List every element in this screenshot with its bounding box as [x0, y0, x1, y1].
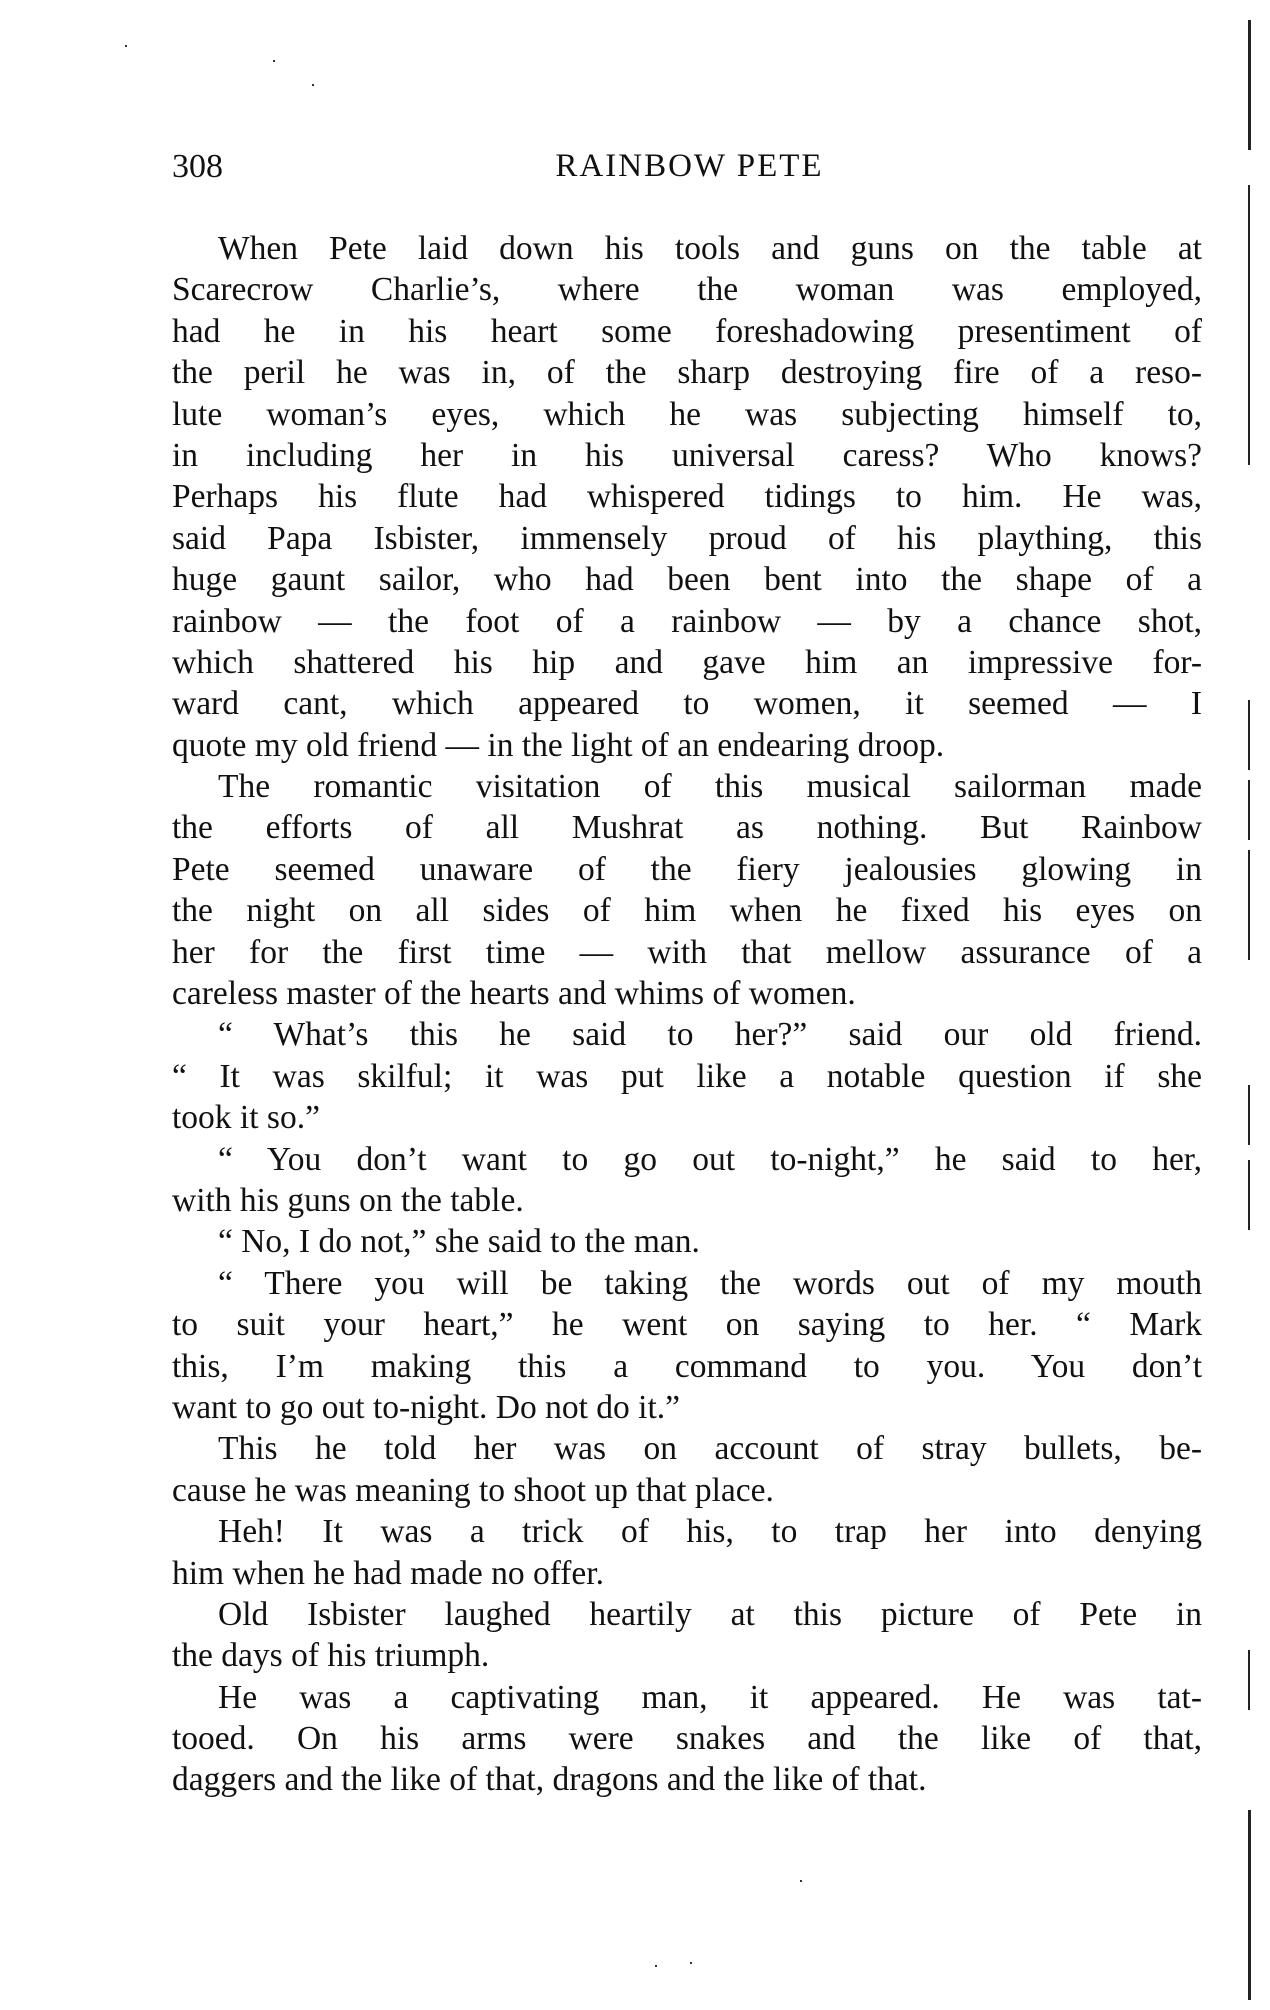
text-line: The romantic visitation of this musical …	[172, 766, 1202, 807]
text-line: “ There you will be taking the words out…	[172, 1263, 1202, 1304]
text-line: ward cant, which appeared to women, it s…	[172, 683, 1202, 724]
text-line: quote my old friend — in the light of an…	[172, 725, 1202, 766]
text-line: Pete seemed unaware of the fiery jealous…	[172, 849, 1202, 890]
scan-edge-mark	[1248, 1650, 1250, 1710]
text-line: “ No, I do not,” she said to the man.	[172, 1221, 1202, 1262]
text-line: This he told her was on account of stray…	[172, 1428, 1202, 1469]
text-line: the night on all sides of him when he fi…	[172, 890, 1202, 931]
text-line: the days of his triumph.	[172, 1635, 1202, 1676]
text-line: with his guns on the table.	[172, 1180, 1202, 1221]
text-line: “ What’s this he said to her?” said our …	[172, 1014, 1202, 1055]
text-line: this, I’m making this a command to you. …	[172, 1346, 1202, 1387]
scan-speck	[800, 1880, 802, 1882]
text-line: “ You don’t want to go out to-night,” he…	[172, 1139, 1202, 1180]
running-title: RAINBOW PETE	[172, 148, 1207, 185]
text-line: her for the first time — with that mello…	[172, 932, 1202, 973]
body-text: When Pete laid down his tools and guns o…	[172, 228, 1202, 1801]
scan-edge-mark	[1248, 780, 1250, 840]
scan-speck	[655, 1965, 657, 1967]
scan-speck	[125, 45, 127, 47]
text-line: “ It was skilful; it was put like a nota…	[172, 1056, 1202, 1097]
scan-speck	[312, 84, 314, 86]
text-line: Heh! It was a trick of his, to trap her …	[172, 1511, 1202, 1552]
text-line: When Pete laid down his tools and guns o…	[172, 228, 1202, 269]
scan-speck	[690, 1962, 692, 1964]
text-line: Old Isbister laughed heartily at this pi…	[172, 1594, 1202, 1635]
scan-edge-mark	[1248, 185, 1250, 465]
text-line: to suit your heart,” he went on saying t…	[172, 1304, 1202, 1345]
text-line: rainbow — the foot of a rainbow — by a c…	[172, 601, 1202, 642]
text-line: want to go out to-night. Do not do it.”	[172, 1387, 1202, 1428]
text-line: Perhaps his flute had whispered tidings …	[172, 476, 1202, 517]
text-line: which shattered his hip and gave him an …	[172, 642, 1202, 683]
scan-speck	[273, 60, 275, 62]
text-line: in including her in his universal caress…	[172, 435, 1202, 476]
text-line: careless master of the hearts and whims …	[172, 973, 1202, 1014]
page-header: 308 RAINBOW PETE	[172, 148, 1207, 198]
text-line: the efforts of all Mushrat as nothing. B…	[172, 807, 1202, 848]
text-line: cause he was meaning to shoot up that pl…	[172, 1470, 1202, 1511]
scan-edge-mark	[1248, 20, 1251, 150]
text-line: the peril he was in, of the sharp destro…	[172, 352, 1202, 393]
scan-edge-mark	[1248, 1810, 1251, 2000]
text-line: had he in his heart some foreshadowing p…	[172, 311, 1202, 352]
text-line: tooed. On his arms were snakes and the l…	[172, 1718, 1202, 1759]
text-line: said Papa Isbister, immensely proud of h…	[172, 518, 1202, 559]
scan-edge-mark	[1248, 1160, 1250, 1230]
text-line: He was a captivating man, it appeared. H…	[172, 1677, 1202, 1718]
text-line: huge gaunt sailor, who had been bent int…	[172, 559, 1202, 600]
text-line: him when he had made no offer.	[172, 1553, 1202, 1594]
scan-edge-mark	[1248, 700, 1250, 770]
text-line: Scarecrow Charlie’s, where the woman was…	[172, 269, 1202, 310]
scan-edge-mark	[1248, 1085, 1250, 1145]
scan-edge-mark	[1248, 850, 1250, 960]
text-line: lute woman’s eyes, which he was subjecti…	[172, 394, 1202, 435]
text-line: daggers and the like of that, dragons an…	[172, 1759, 1202, 1800]
text-line: took it so.”	[172, 1097, 1202, 1138]
